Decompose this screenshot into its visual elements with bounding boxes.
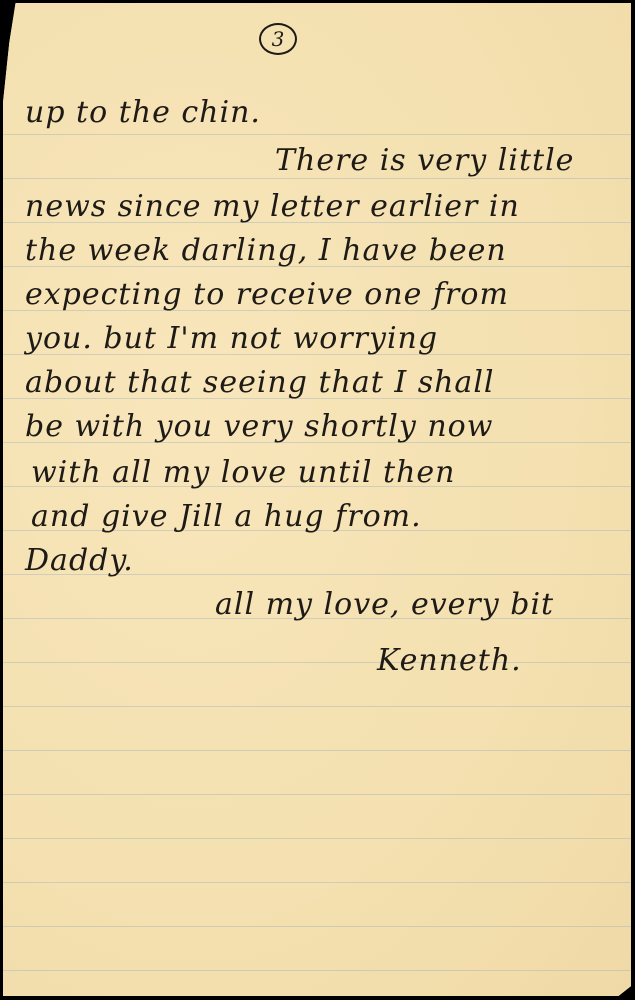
ruled-line	[3, 134, 631, 135]
signature: Kenneth.	[377, 643, 522, 678]
letter-line: There is very little	[275, 143, 574, 178]
letter-line: up to the chin.	[25, 95, 261, 130]
letter-line: Daddy.	[25, 543, 134, 578]
letter-line: you. but I'm not worrying	[25, 321, 438, 356]
ruled-line	[3, 662, 631, 663]
letter-line: and give Jill a hug from.	[31, 499, 422, 534]
letter-line: the week darling, I have been	[25, 233, 507, 268]
closing: all my love, every bit	[215, 587, 554, 622]
ruled-line	[3, 794, 631, 795]
ruled-line	[3, 926, 631, 927]
letter-line: about that seeing that I shall	[25, 365, 495, 400]
letter-line: news since my letter earlier in	[25, 189, 520, 224]
letter-line: expecting to receive one from	[25, 277, 509, 312]
ruled-line	[3, 970, 631, 971]
letter-line: with all my love until then	[31, 455, 456, 490]
letter-page: 3 up to the chin. There is very little n…	[3, 3, 631, 996]
ruled-line	[3, 838, 631, 839]
ruled-line	[3, 882, 631, 883]
ruled-line	[3, 706, 631, 707]
letter-line: be with you very shortly now	[25, 409, 493, 444]
ruled-line	[3, 178, 631, 179]
ruled-line	[3, 750, 631, 751]
page-number: 3	[259, 23, 297, 55]
